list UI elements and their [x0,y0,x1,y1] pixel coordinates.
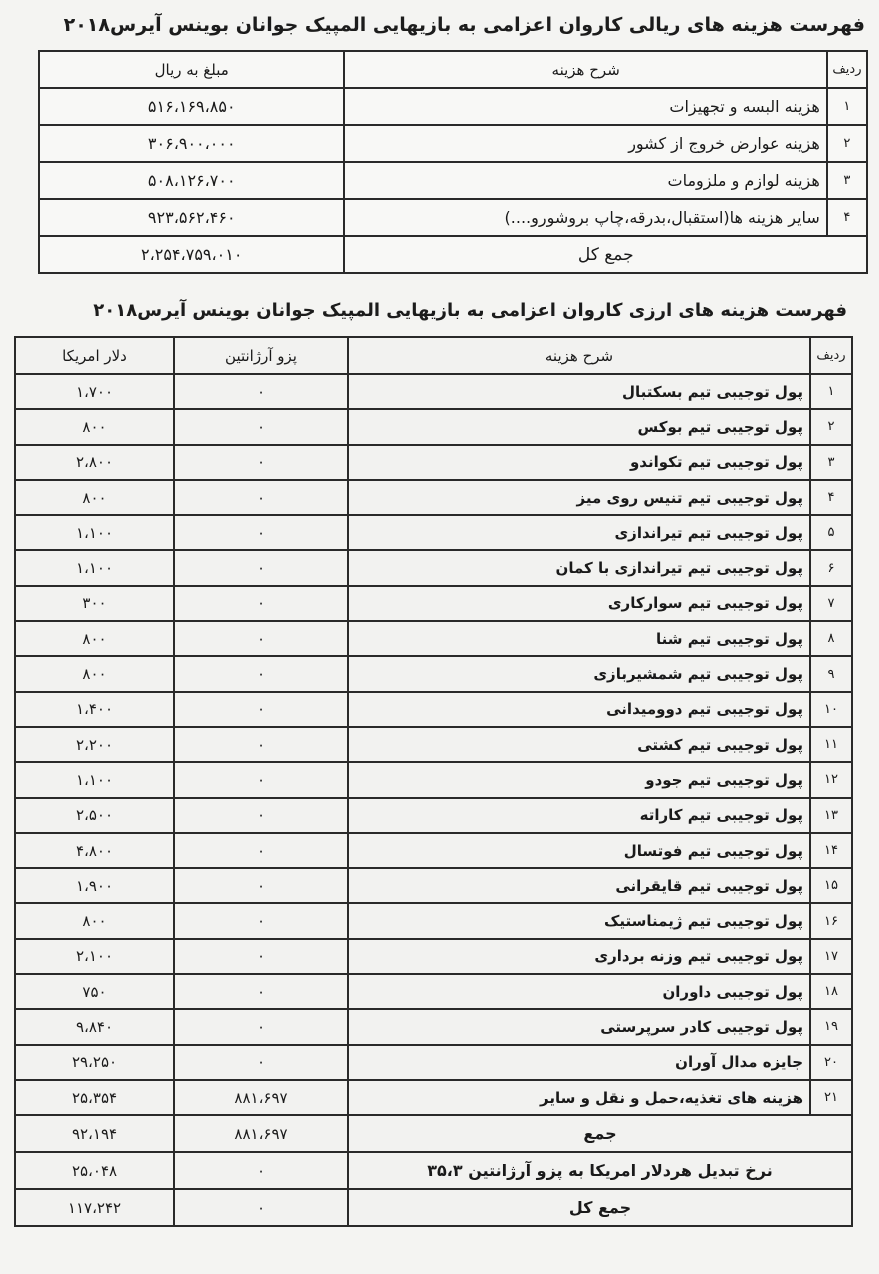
summary-ars: ۰ [174,1152,348,1189]
cell-usd: ۱،۷۰۰ [15,374,174,409]
header-amount: مبلغ به ریال [39,51,344,88]
cell-radif: ۱۷ [810,939,852,974]
cell-usd: ۲،۱۰۰ [15,939,174,974]
cell-usd: ۷۵۰ [15,974,174,1009]
cell-description: پول توجیبی تیم تیراندازی [348,515,810,550]
cell-description: جایزه مدال آوران [348,1045,810,1080]
cell-ars: ۰ [174,692,348,727]
cell-description: پول توجیبی تیم ژیمناستیک [348,903,810,938]
cell-description: پول توجیبی کادر سرپرستی [348,1009,810,1044]
cell-ars: ۰ [174,903,348,938]
cell-usd: ۱،۹۰۰ [15,868,174,903]
cell-description: پول توجیبی تیم دوومیدانی [348,692,810,727]
cell-ars: ۰ [174,374,348,409]
table-row: ۱۵پول توجیبی تیم قایقرانی۰۱،۹۰۰ [15,868,852,903]
cell-usd: ۳۰۰ [15,586,174,621]
cell-amount: ۵۱۶،۱۶۹،۸۵۰ [39,88,344,125]
cell-radif: ۲۰ [810,1045,852,1080]
cell-usd: ۸۰۰ [15,480,174,515]
cell-radif: ۳ [827,162,867,199]
cell-radif: ۱۴ [810,833,852,868]
table-row: ۹پول توجیبی تیم شمشیربازی۰۸۰۰ [15,656,852,691]
cell-description: پول توجیبی تیم سوارکاری [348,586,810,621]
cell-ars: ۰ [174,974,348,1009]
cell-ars: ۰ [174,833,348,868]
table-row: ۱۳پول توجیبی تیم کاراته۰۲،۵۰۰ [15,798,852,833]
cell-ars: ۰ [174,445,348,480]
cell-ars: ۰ [174,727,348,762]
cell-usd: ۱،۱۰۰ [15,762,174,797]
cell-usd: ۸۰۰ [15,409,174,444]
cell-ars: ۰ [174,409,348,444]
summary-row: نرخ تبدیل هردلار امریکا به پزو آرژانتین … [15,1152,852,1189]
cell-ars: ۰ [174,480,348,515]
cell-usd: ۸۰۰ [15,903,174,938]
total-label: جمع کل [344,236,867,273]
cell-ars: ۰ [174,515,348,550]
cell-radif: ۱ [827,88,867,125]
table-header-row: ردیف شرح هزینه پزو آرژانتین دلار امریکا [15,337,852,374]
table-row: ۴ سایر هزینه ها(استقبال،بدرقه،چاپ بروشور… [39,199,867,236]
cell-radif: ۱۶ [810,903,852,938]
cell-ars: ۰ [174,586,348,621]
currency-table-title: فهرست هزینه های ارزی کاروان اعزامی به با… [93,300,847,321]
cell-description: پول توجیبی تیم شنا [348,621,810,656]
cell-description: پول توجیبی تیم فوتسال [348,833,810,868]
cell-description: هزینه های تغذیه،حمل و نقل و سایر [348,1080,810,1115]
cell-radif: ۳ [810,445,852,480]
cell-description: پول توجیبی تیم قایقرانی [348,868,810,903]
cell-radif: ۸ [810,621,852,656]
summary-usd: ۹۲،۱۹۴ [15,1115,174,1152]
table-row: ۷پول توجیبی تیم سوارکاری۰۳۰۰ [15,586,852,621]
cell-description: پول توجیبی داوران [348,974,810,1009]
cell-usd: ۱،۱۰۰ [15,515,174,550]
summary-row: جمع۸۸۱،۶۹۷۹۲،۱۹۴ [15,1115,852,1152]
cell-radif: ۱۸ [810,974,852,1009]
cell-ars: ۸۸۱،۶۹۷ [174,1080,348,1115]
table-row: ۱۸پول توجیبی داوران۰۷۵۰ [15,974,852,1009]
cell-radif: ۱۰ [810,692,852,727]
rial-expense-table: ردیف شرح هزینه مبلغ به ریال ۱ هزینه البس… [38,50,868,274]
header-description: شرح هزینه [348,337,810,374]
cell-ars: ۰ [174,621,348,656]
table-row: ۲ هزینه عوارض خروج از کشور ۳۰۶،۹۰۰،۰۰۰ [39,125,867,162]
cell-description: سایر هزینه ها(استقبال،بدرقه،چاپ بروشورو.… [344,199,826,236]
header-description: شرح هزینه [344,51,826,88]
cell-ars: ۰ [174,1009,348,1044]
total-amount: ۲،۲۵۴،۷۵۹،۰۱۰ [39,236,344,273]
cell-description: پول توجیبی تیم جودو [348,762,810,797]
table-row: ۱۱پول توجیبی تیم کشتی۰۲،۲۰۰ [15,727,852,762]
cell-usd: ۲،۲۰۰ [15,727,174,762]
cell-description: پول توجیبی تیم بوکس [348,409,810,444]
summary-row: جمع کل۰۱۱۷،۲۴۲ [15,1189,852,1226]
cell-description: پول توجیبی تیم شمشیربازی [348,656,810,691]
table-row: ۳ هزینه لوازم و ملزومات ۵۰۸،۱۲۶،۷۰۰ [39,162,867,199]
cell-radif: ۴ [827,199,867,236]
cell-ars: ۰ [174,550,348,585]
table-row: ۱۲پول توجیبی تیم جودو۰۱،۱۰۰ [15,762,852,797]
table-row: ۱ هزینه البسه و تجهیزات ۵۱۶،۱۶۹،۸۵۰ [39,88,867,125]
header-ars: پزو آرژانتین [174,337,348,374]
table-row: ۳پول توجیبی تیم تکواندو۰۲،۸۰۰ [15,445,852,480]
header-radif: ردیف [810,337,852,374]
cell-ars: ۰ [174,656,348,691]
table-row: ۱۹پول توجیبی کادر سرپرستی۰۹،۸۴۰ [15,1009,852,1044]
table-row: ۱۷پول توجیبی تیم وزنه برداری۰۲،۱۰۰ [15,939,852,974]
cell-radif: ۱۵ [810,868,852,903]
cell-usd: ۱،۱۰۰ [15,550,174,585]
header-radif: ردیف [827,51,867,88]
header-usd: دلار امریکا [15,337,174,374]
summary-ars: ۸۸۱،۶۹۷ [174,1115,348,1152]
cell-usd: ۲۹،۲۵۰ [15,1045,174,1080]
table-row: ۴پول توجیبی تیم تنیس روی میز۰۸۰۰ [15,480,852,515]
cell-usd: ۹،۸۴۰ [15,1009,174,1044]
cell-radif: ۲ [827,125,867,162]
cell-radif: ۴ [810,480,852,515]
table-row: ۵پول توجیبی تیم تیراندازی۰۱،۱۰۰ [15,515,852,550]
currency-expense-table: ردیف شرح هزینه پزو آرژانتین دلار امریکا … [14,336,853,1227]
summary-label: جمع کل [348,1189,852,1226]
table-row: ۱پول توجیبی تیم بسکتبال۰۱،۷۰۰ [15,374,852,409]
summary-usd: ۲۵،۰۴۸ [15,1152,174,1189]
cell-description: هزینه عوارض خروج از کشور [344,125,826,162]
table-row: ۲۰جایزه مدال آوران۰۲۹،۲۵۰ [15,1045,852,1080]
cell-description: پول توجیبی تیم کشتی [348,727,810,762]
cell-usd: ۴،۸۰۰ [15,833,174,868]
cell-description: هزینه لوازم و ملزومات [344,162,826,199]
cell-description: پول توجیبی تیم کاراته [348,798,810,833]
cell-usd: ۲،۸۰۰ [15,445,174,480]
cell-radif: ۲۱ [810,1080,852,1115]
cell-radif: ۱۹ [810,1009,852,1044]
cell-description: پول توجیبی تیم بسکتبال [348,374,810,409]
cell-radif: ۷ [810,586,852,621]
cell-radif: ۱۳ [810,798,852,833]
cell-amount: ۹۲۳،۵۶۲،۴۶۰ [39,199,344,236]
total-row: جمع کل ۲،۲۵۴،۷۵۹،۰۱۰ [39,236,867,273]
summary-label: جمع [348,1115,852,1152]
table-row: ۶پول توجیبی تیم تیراندازی با کمان۰۱،۱۰۰ [15,550,852,585]
table-row: ۱۴پول توجیبی تیم فوتسال۰۴،۸۰۰ [15,833,852,868]
cell-radif: ۱۱ [810,727,852,762]
cell-radif: ۹ [810,656,852,691]
cell-radif: ۲ [810,409,852,444]
cell-ars: ۰ [174,762,348,797]
cell-radif: ۱ [810,374,852,409]
cell-usd: ۸۰۰ [15,656,174,691]
cell-description: پول توجیبی تیم تکواندو [348,445,810,480]
summary-ars: ۰ [174,1189,348,1226]
cell-ars: ۰ [174,939,348,974]
cell-radif: ۵ [810,515,852,550]
summary-label: نرخ تبدیل هردلار امریکا به پزو آرژانتین … [348,1152,852,1189]
cell-ars: ۰ [174,868,348,903]
cell-description: پول توجیبی تیم تیراندازی با کمان [348,550,810,585]
table-row: ۸پول توجیبی تیم شنا۰۸۰۰ [15,621,852,656]
table-row: ۲۱هزینه های تغذیه،حمل و نقل و سایر۸۸۱،۶۹… [15,1080,852,1115]
cell-ars: ۰ [174,1045,348,1080]
table-row: ۱۰پول توجیبی تیم دوومیدانی۰۱،۴۰۰ [15,692,852,727]
cell-radif: ۱۲ [810,762,852,797]
cell-description: پول توجیبی تیم وزنه برداری [348,939,810,974]
cell-usd: ۲،۵۰۰ [15,798,174,833]
table-row: ۲پول توجیبی تیم بوکس۰۸۰۰ [15,409,852,444]
cell-description: پول توجیبی تیم تنیس روی میز [348,480,810,515]
cell-description: هزینه البسه و تجهیزات [344,88,826,125]
cell-radif: ۶ [810,550,852,585]
cell-usd: ۸۰۰ [15,621,174,656]
table-header-row: ردیف شرح هزینه مبلغ به ریال [39,51,867,88]
cell-usd: ۲۵،۳۵۴ [15,1080,174,1115]
cell-usd: ۱،۴۰۰ [15,692,174,727]
cell-amount: ۵۰۸،۱۲۶،۷۰۰ [39,162,344,199]
summary-usd: ۱۱۷،۲۴۲ [15,1189,174,1226]
cell-amount: ۳۰۶،۹۰۰،۰۰۰ [39,125,344,162]
rial-table-title: فهرست هزینه های ریالی کاروان اعزامی به ب… [64,14,865,36]
table-row: ۱۶پول توجیبی تیم ژیمناستیک۰۸۰۰ [15,903,852,938]
cell-ars: ۰ [174,798,348,833]
